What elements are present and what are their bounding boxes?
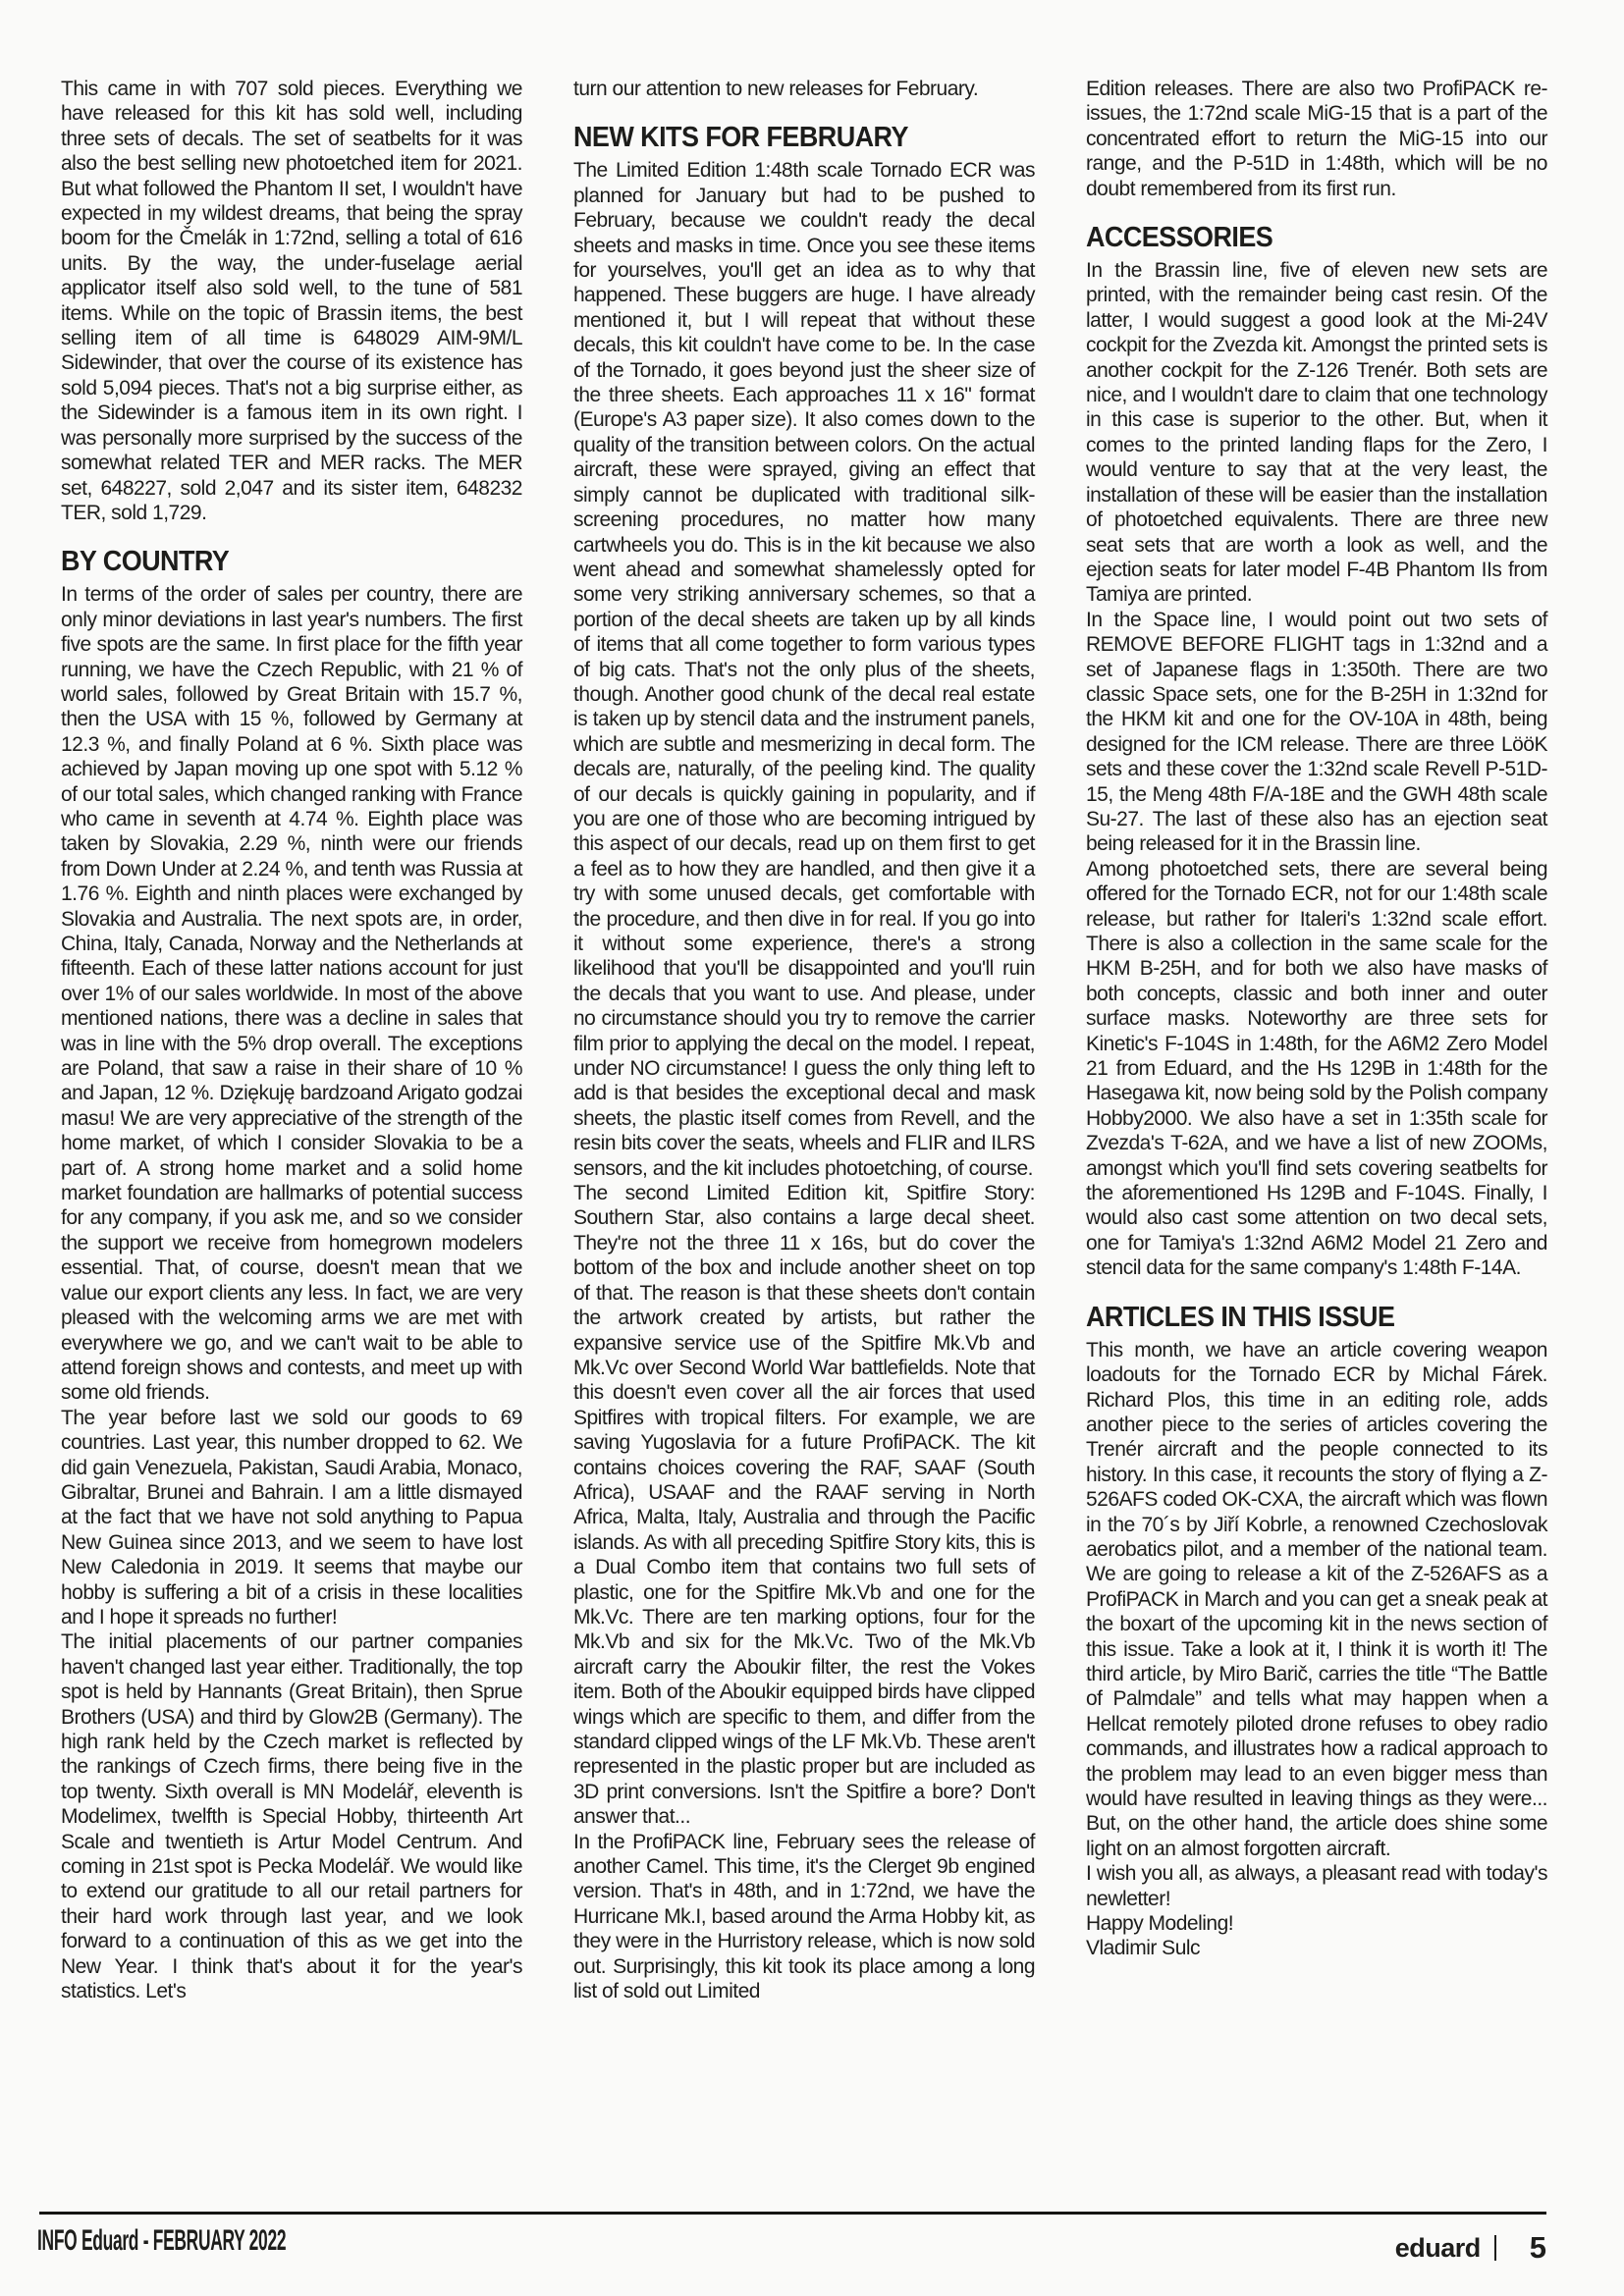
footer-issue-title: INFO Eduard - FEBRUARY 2022 [37,2224,286,2258]
magazine-page: This came in with 707 sold pieces. Every… [0,0,1624,2296]
footer-separator-bar [1494,2235,1496,2261]
paragraph: In the ProfiPACK line, February sees the… [573,1830,1035,2004]
paragraph: Edition releases. There are also two Pro… [1086,77,1547,201]
paragraph: In terms of the order of sales per count… [61,582,522,1405]
column-3: Edition releases. There are also two Pro… [1086,77,1547,1961]
signature-name: Vladimir Sulc [1086,1936,1547,1960]
paragraph: The Limited Edition 1:48th scale Tornado… [573,158,1035,1181]
paragraph: This month, we have an article covering … [1086,1338,1547,1862]
page-number: 5 [1530,2230,1546,2266]
paragraph: The second Limited Edition kit, Spitfire… [573,1181,1035,1830]
paragraph: The initial placements of our partner co… [61,1629,522,2003]
column-1: This came in with 707 sold pieces. Every… [61,77,522,2003]
brand-logo: eduard [1395,2233,1481,2264]
paragraph: In the Brassin line, five of eleven new … [1086,258,1547,608]
footer-divider [39,2212,1546,2215]
paragraph: turn our attention to new releases for F… [573,77,1035,101]
section-heading-new-kits: NEW KITS FOR FEBRUARY [573,123,1002,153]
section-heading-by-country: BY COUNTRY [61,547,490,577]
section-heading-accessories: ACCESSORIES [1086,223,1515,253]
footer-pagination: eduard 5 [1395,2230,1546,2266]
column-2: turn our attention to new releases for F… [573,77,1035,2003]
signature-closing: Happy Modeling! [1086,1911,1547,1936]
paragraph: In the Space line, I would point out two… [1086,608,1547,857]
paragraph: Among photoetched sets, there are severa… [1086,857,1547,1281]
paragraph: This came in with 707 sold pieces. Every… [61,77,522,525]
paragraph: I wish you all, as always, a pleasant re… [1086,1861,1547,1911]
paragraph: The year before last we sold our goods t… [61,1406,522,1630]
section-heading-articles: ARTICLES IN THIS ISSUE [1086,1303,1515,1333]
